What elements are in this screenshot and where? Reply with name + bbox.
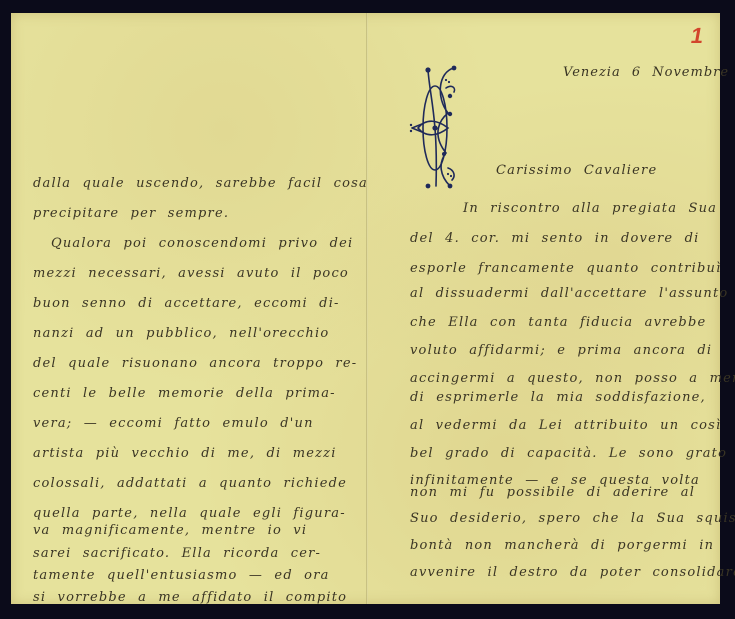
left-line-9: vera; — eccomi fatto emulo d'un — [33, 416, 314, 431]
right-line-13: Suo desiderio, spero che la Sua squisita — [410, 511, 735, 526]
date-line: Venezia 6 Novembre 76 — [563, 65, 735, 80]
right-line-5: che Ella con tanta fiducia avrebbe — [410, 315, 706, 330]
left-line-16: si vorrebbe a me affidato il compito — [33, 590, 347, 605]
left-line-13: va magnificamente, mentre io vi — [33, 523, 307, 538]
left-line-11: colossali, addattati a quanto richiede — [33, 476, 347, 491]
left-line-3: Qualora poi conoscendomi privo dei — [51, 236, 353, 251]
right-line-4: al dissuadermi dall'accettare l'assunto — [410, 286, 728, 301]
left-line-5: buon senno di accettare, eccomi di- — [33, 296, 340, 311]
right-line-8: di esprimerle la mia soddisfazione, — [410, 390, 706, 405]
left-line-4: mezzi necessari, avessi avuto il poco — [33, 266, 349, 281]
right-line-10: bel grado di capacità. Le sono grato — [410, 446, 727, 461]
left-line-7: del quale risuonano ancora troppo re- — [33, 356, 357, 371]
letter-sheet: dalla quale uscendo, sarebbe facil cosa … — [11, 13, 720, 604]
left-line-2: precipitare per sempre. — [33, 206, 229, 221]
monogram-icon — [408, 58, 468, 193]
right-line-12: non mi fu possibile di aderire al — [410, 485, 695, 500]
right-line-3: esporle francamente quanto contribuì — [410, 261, 721, 276]
right-page: 1 Venezia 6 Novembre 76 — [368, 13, 720, 604]
right-line-15: avvenire il destro da poter consolidare — [410, 565, 735, 580]
right-line-6: voluto affidarmi; e prima ancora di — [410, 343, 712, 358]
left-line-6: nanzi ad un pubblico, nell'orecchio — [33, 326, 329, 341]
right-line-7: accingermi a questo, non posso a meno — [410, 371, 735, 386]
left-line-8: centi le belle memorie della prima- — [33, 386, 336, 401]
left-page: dalla quale uscendo, sarebbe facil cosa … — [11, 13, 366, 604]
left-line-14: sarei sacrificato. Ella ricorda cer- — [33, 546, 321, 561]
salutation: Carissimo Cavaliere — [496, 163, 657, 178]
right-line-9: al vedermi da Lei attribuito un così — [410, 418, 721, 433]
folio-number: 1 — [689, 23, 706, 49]
right-line-1: In riscontro alla pregiata Sua — [463, 201, 717, 216]
left-line-12: quella parte, nella quale egli figura- — [33, 506, 346, 521]
left-line-15: tamente quell'entusiasmo — ed ora — [33, 568, 330, 583]
right-line-2: del 4. cor. mi sento in dovere di — [410, 231, 700, 246]
left-line-1: dalla quale uscendo, sarebbe facil cosa — [33, 176, 368, 191]
scan-background: dalla quale uscendo, sarebbe facil cosa … — [0, 0, 735, 619]
right-line-14: bontà non mancherà di porgermi in — [410, 538, 714, 553]
left-line-10: artista più vecchio di me, di mezzi — [33, 446, 337, 461]
